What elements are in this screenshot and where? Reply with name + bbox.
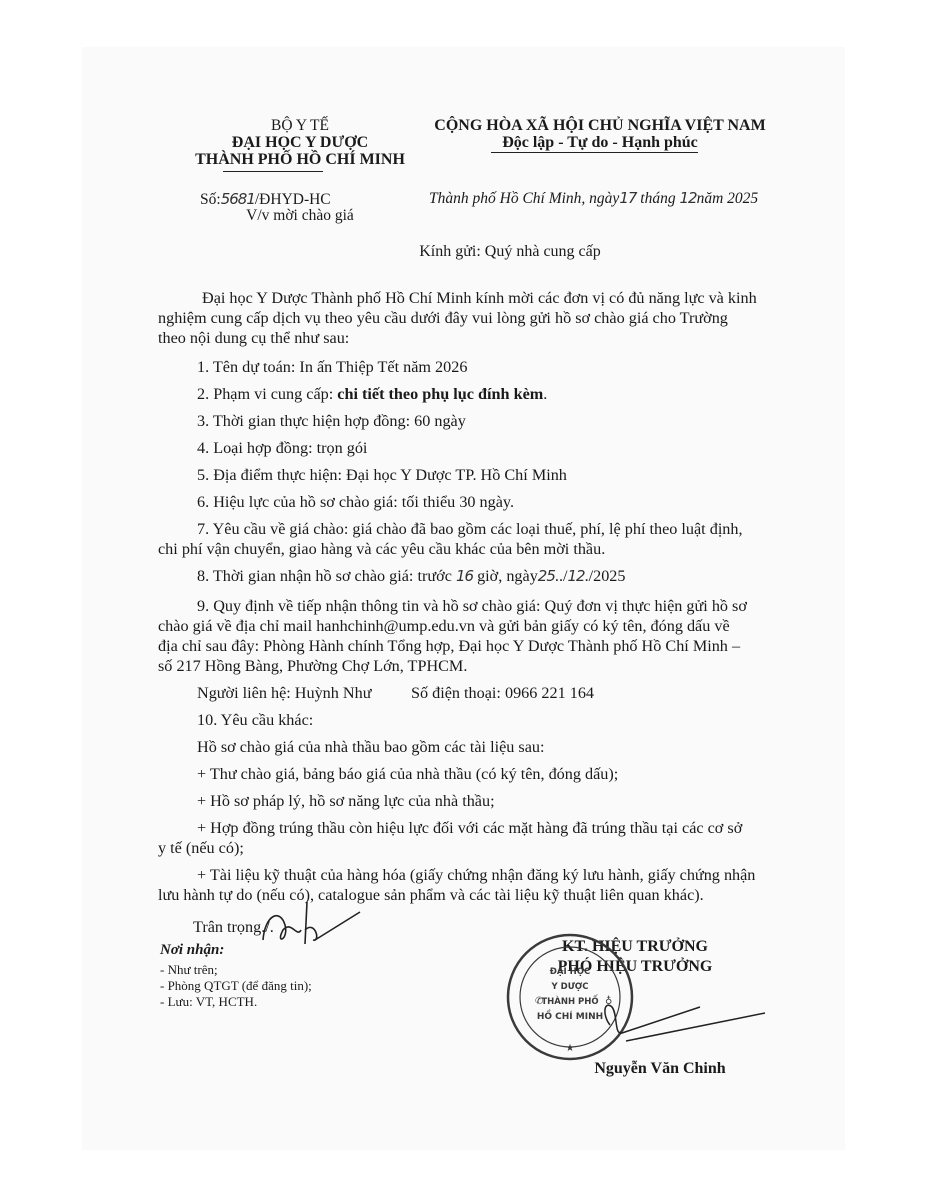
doc-requirement-3-line-1: + Hợp đồng trúng thầu còn hiệu lực đối v… xyxy=(197,819,742,838)
initial-signature-icon xyxy=(255,900,365,950)
header-left-underline xyxy=(223,171,323,172)
item-9-line-2: chào giá về địa chỉ mail hanhchinh@ump.e… xyxy=(158,617,730,636)
item-7-line-1: 7. Yêu cầu về giá chào: giá chào đã bao … xyxy=(197,520,743,539)
stamp-text-line-4: HỒ CHÍ MINH xyxy=(537,1009,603,1022)
item-9-line-3: địa chỉ sau đây: Phòng Hành chính Tổng h… xyxy=(158,637,740,656)
stamp-text-line-1: ĐẠI HỌC xyxy=(550,967,590,977)
item-8-month-handwritten: 12 xyxy=(567,567,584,585)
recipients-line-1: - Như trên; xyxy=(160,962,218,978)
doc-requirement-4-line-2: lưu hành tự do (nếu có), catalogue sản p… xyxy=(158,886,704,905)
doc-requirement-1: + Thư chào giá, bảng báo giá của nhà thầ… xyxy=(197,765,618,784)
item-10: 10. Yêu cầu khác: xyxy=(197,711,313,730)
recipient-line: Kính gửi: Quý nhà cung cấp xyxy=(180,243,840,261)
doc-requirement-3-line-2: y tế (nếu có); xyxy=(158,839,244,858)
intro-line-3: theo nội dung cụ thể như sau: xyxy=(158,329,349,348)
recipients-title: Nơi nhận: xyxy=(160,942,224,959)
item-6: 6. Hiệu lực của hồ sơ chào giá: tối thiể… xyxy=(197,493,514,512)
doc-number-handwritten: 5681 xyxy=(221,190,255,208)
doc-requirement-2: + Hồ sơ pháp lý, hồ sơ năng lực của nhà … xyxy=(197,792,495,811)
nation-motto: Độc lập - Tự do - Hạnh phúc xyxy=(420,134,780,152)
item-2: 2. Phạm vi cung cấp: chi tiết theo phụ l… xyxy=(197,385,547,404)
recipients-line-2: - Phòng QTGT (để đăng tin); xyxy=(160,978,312,994)
recipients-line-3: - Lưu: VT, HCTH. xyxy=(160,994,257,1010)
intro-line-2: nghiệm cung cấp dịch vụ theo yêu cầu dướ… xyxy=(158,309,728,328)
item-7-line-2: chi phí vận chuyển, giao hàng và các yêu… xyxy=(158,540,605,559)
signer-name: Nguyễn Văn Chinh xyxy=(565,1060,755,1078)
item-4: 4. Loại hợp đồng: trọn gói xyxy=(197,439,367,458)
item-8: 8. Thời gian nhận hồ sơ chào giá: trước … xyxy=(197,567,626,586)
ministry-name: BỘ Y TẾ xyxy=(150,117,450,135)
university-name-line1: ĐẠI HỌC Y DƯỢC xyxy=(150,134,450,152)
date-day-handwritten: 17 xyxy=(619,189,636,207)
date-year: năm 2025 xyxy=(697,190,759,207)
header-right-underline xyxy=(491,152,698,153)
contact-person: Người liên hệ: Huỳnh Như xyxy=(197,684,371,703)
item-2-label: 2. Phạm vi cung cấp: xyxy=(197,385,337,403)
item-9-line-4: số 217 Hồng Bàng, Phường Chợ Lớn, TPHCM. xyxy=(158,657,467,676)
stamp-text-line-3: THÀNH PHỐ xyxy=(541,994,598,1007)
item-8-hour-handwritten: 16 xyxy=(456,567,473,585)
item-9-line-1: 9. Quy định về tiếp nhận thông tin và hồ… xyxy=(197,597,747,616)
item-2-bold: chi tiết theo phụ lục đính kèm xyxy=(337,385,543,403)
svg-text:★: ★ xyxy=(566,1043,575,1054)
doc-requirement-4-line-1: + Tài liệu kỹ thuật của hàng hóa (giấy c… xyxy=(197,866,755,885)
docs-intro: Hồ sơ chào giá của nhà thầu bao gồm các … xyxy=(197,738,544,757)
intro-line-1: Đại học Y Dược Thành phố Hồ Chí Minh kín… xyxy=(202,289,757,308)
principal-signature-icon xyxy=(600,995,770,1065)
item-5: 5. Địa điểm thực hiện: Đại học Y Dược TP… xyxy=(197,466,567,485)
doc-number-suffix: /ĐHYD-HC xyxy=(255,191,331,208)
university-name-line2: THÀNH PHỐ HỒ CHÍ MINH xyxy=(150,151,450,169)
item-8-mid: giờ, ngày xyxy=(477,567,538,585)
date-month-label: tháng xyxy=(640,190,675,207)
item-2-end: . xyxy=(543,385,547,403)
doc-number-prefix: Số: xyxy=(200,191,221,208)
stamp-text-line-2: Y DƯỢC xyxy=(551,982,589,992)
item-1: 1. Tên dự toán: In ấn Thiệp Tết năm 2026 xyxy=(197,358,467,377)
document-date: Thành phố Hồ Chí Minh, ngày17 tháng 12nă… xyxy=(429,189,758,208)
item-8-year: /2025 xyxy=(589,567,626,585)
document-subject: V/v mời chào giá xyxy=(150,207,450,225)
contact-phone: Số điện thoại: 0966 221 164 xyxy=(411,684,594,703)
item-3: 3. Thời gian thực hiện hợp đồng: 60 ngày xyxy=(197,412,466,431)
date-prefix: Thành phố Hồ Chí Minh, ngày xyxy=(429,190,619,207)
item-8-day-handwritten: 25 xyxy=(538,567,555,585)
item-8-prefix: 8. Thời gian nhận hồ sơ chào giá: trước xyxy=(197,567,452,585)
date-month-handwritten: 12 xyxy=(679,189,696,207)
nation-title: CỘNG HÒA XÃ HỘI CHỦ NGHĨA VIỆT NAM xyxy=(420,117,780,135)
